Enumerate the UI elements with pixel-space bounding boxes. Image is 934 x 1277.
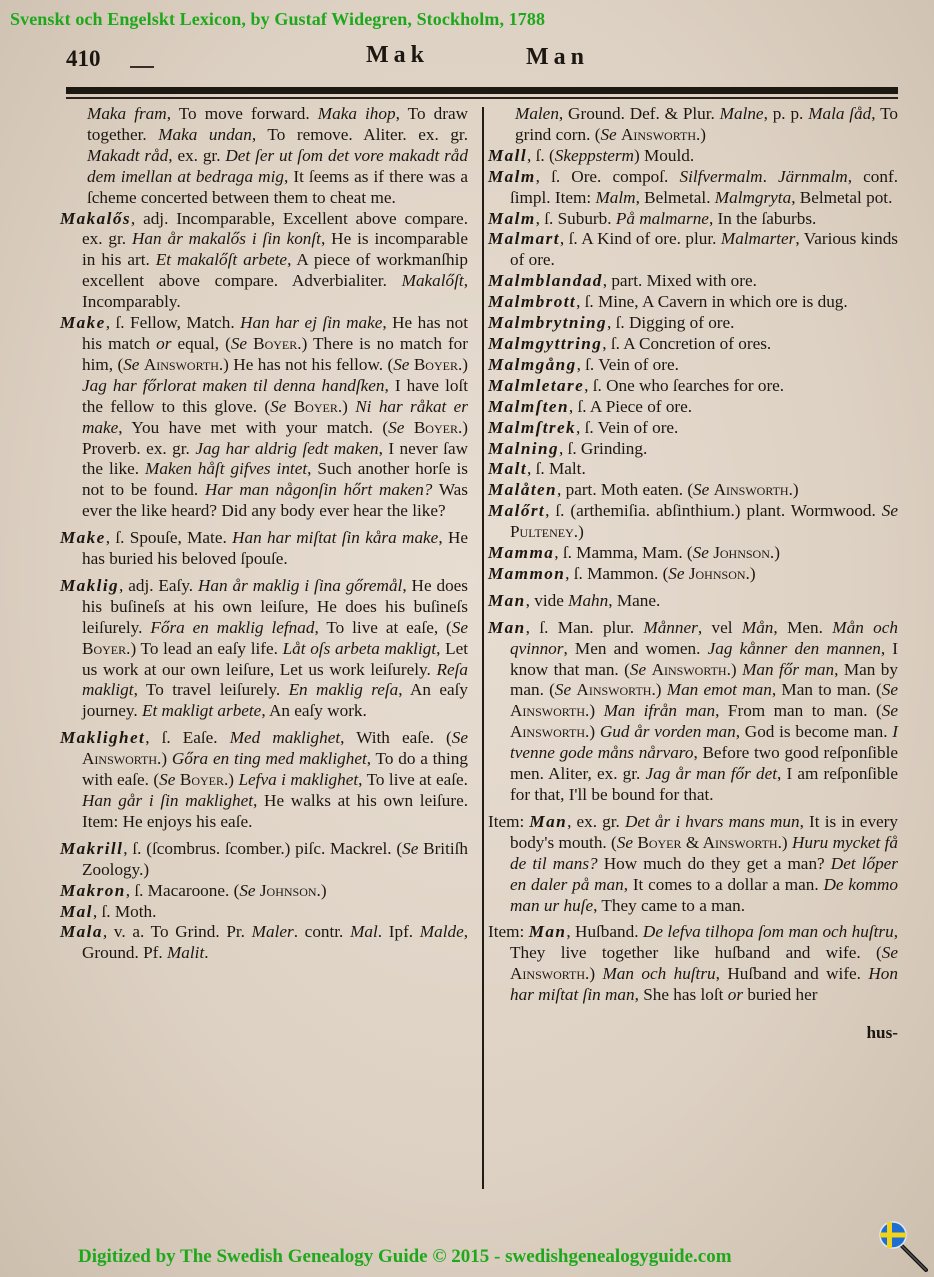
right-column: Malen, Ground. Def. & Plur. Malne, p. p.… (488, 104, 898, 1061)
column-separator (482, 107, 484, 1189)
dictionary-entry: Malmletare, ſ. One who ſearches for ore. (488, 376, 898, 397)
dictionary-entry: Man, ſ. Man. plur. Månner, vel Mån, Men.… (488, 618, 898, 806)
dictionary-entry: Malmblandad, part. Mixed with ore. (488, 271, 898, 292)
catchword: hus- (488, 1023, 898, 1044)
dictionary-entry: Malm, ſ. Ore. compoſ. Silfvermalm. Järnm… (488, 167, 898, 209)
dictionary-entry: Mala, v. a. To Grind. Pr. Maler. contr. … (60, 922, 468, 964)
dictionary-entry: Malőrt, ſ. (arthemiſia. abſinthium.) pla… (488, 501, 898, 543)
dictionary-entry: Malmbrytning, ſ. Digging of ore. (488, 313, 898, 334)
guide-word-first: Mak (366, 42, 429, 69)
dictionary-entry: Malmbrott, ſ. Mine, A Cavern in which or… (488, 292, 898, 313)
dictionary-entry: Mall, ſ. (Skeppsterm) Mould. (488, 146, 898, 167)
dictionary-entry: Malmſten, ſ. A Piece of ore. (488, 397, 898, 418)
dictionary-entry: Malåten, part. Moth eaten. (Se Ainsworth… (488, 480, 898, 501)
running-head: 410 Mak Man (66, 42, 896, 76)
dictionary-entry: Man, vide Mahn, Mane. (488, 591, 898, 612)
dictionary-entry: Malen, Ground. Def. & Plur. Malne, p. p.… (488, 104, 898, 146)
header-dash (130, 66, 154, 68)
dictionary-entry: Malmgyttring, ſ. A Concretion of ores. (488, 334, 898, 355)
dictionary-entry: Malt, ſ. Malt. (488, 459, 898, 480)
dictionary-entry: Make, ſ. Fellow, Match. Han har ej ſin m… (60, 313, 468, 522)
dictionary-entry: Malmart, ſ. A Kind of ore. plur. Malmart… (488, 229, 898, 271)
dictionary-entry: Item: Man, ex. gr. Det år i hvars mans m… (488, 812, 898, 917)
page-number: 410 (66, 46, 101, 72)
header-rule-thick (66, 87, 898, 94)
dictionary-entry: Item: Man, Huſband. De lefva tilhopa ſom… (488, 922, 898, 1006)
dictionary-entry: Malm, ſ. Suburb. På malmarne, In the ſab… (488, 209, 898, 230)
watermark-title: Svenskt och Engelskt Lexicon, by Gustaf … (10, 9, 545, 30)
dictionary-entry: Maklighet, ſ. Eaſe. Med maklighet, With … (60, 728, 468, 833)
watermark-credit: Digitized by The Swedish Genealogy Guide… (78, 1246, 732, 1268)
dictionary-entry: Make, ſ. Spouſe, Mate. Han har miſtat ſi… (60, 528, 468, 570)
dictionary-entry: Mammon, ſ. Mammon. (Se Johnson.) (488, 564, 898, 585)
dictionary-entry: Mal, ſ. Moth. (60, 902, 468, 923)
left-column: Maka fram, To move forward. Maka ihop, T… (60, 104, 468, 964)
dictionary-entry: Maka fram, To move forward. Maka ihop, T… (60, 104, 468, 209)
dictionary-entry: Makron, ſ. Macaroone. (Se Johnson.) (60, 881, 468, 902)
dictionary-entry: Makalős, adj. Incomparable, Excellent ab… (60, 209, 468, 314)
dictionary-entry: Maklig, adj. Eaſy. Han år maklig i ſina … (60, 576, 468, 722)
dictionary-entry: Mamma, ſ. Mamma, Mam. (Se Johnson.) (488, 543, 898, 564)
header-rule-thin (66, 97, 898, 99)
dictionary-entry: Malmſtrek, ſ. Vein of ore. (488, 418, 898, 439)
dictionary-entry: Makrill, ſ. (ſcombrus. ſcomber.) piſc. M… (60, 839, 468, 881)
dictionary-entry: Malning, ſ. Grinding. (488, 439, 898, 460)
magnifier-swedish-flag-icon (878, 1220, 932, 1274)
guide-word-last: Man (526, 44, 589, 71)
dictionary-entry: Malmgång, ſ. Vein of ore. (488, 355, 898, 376)
